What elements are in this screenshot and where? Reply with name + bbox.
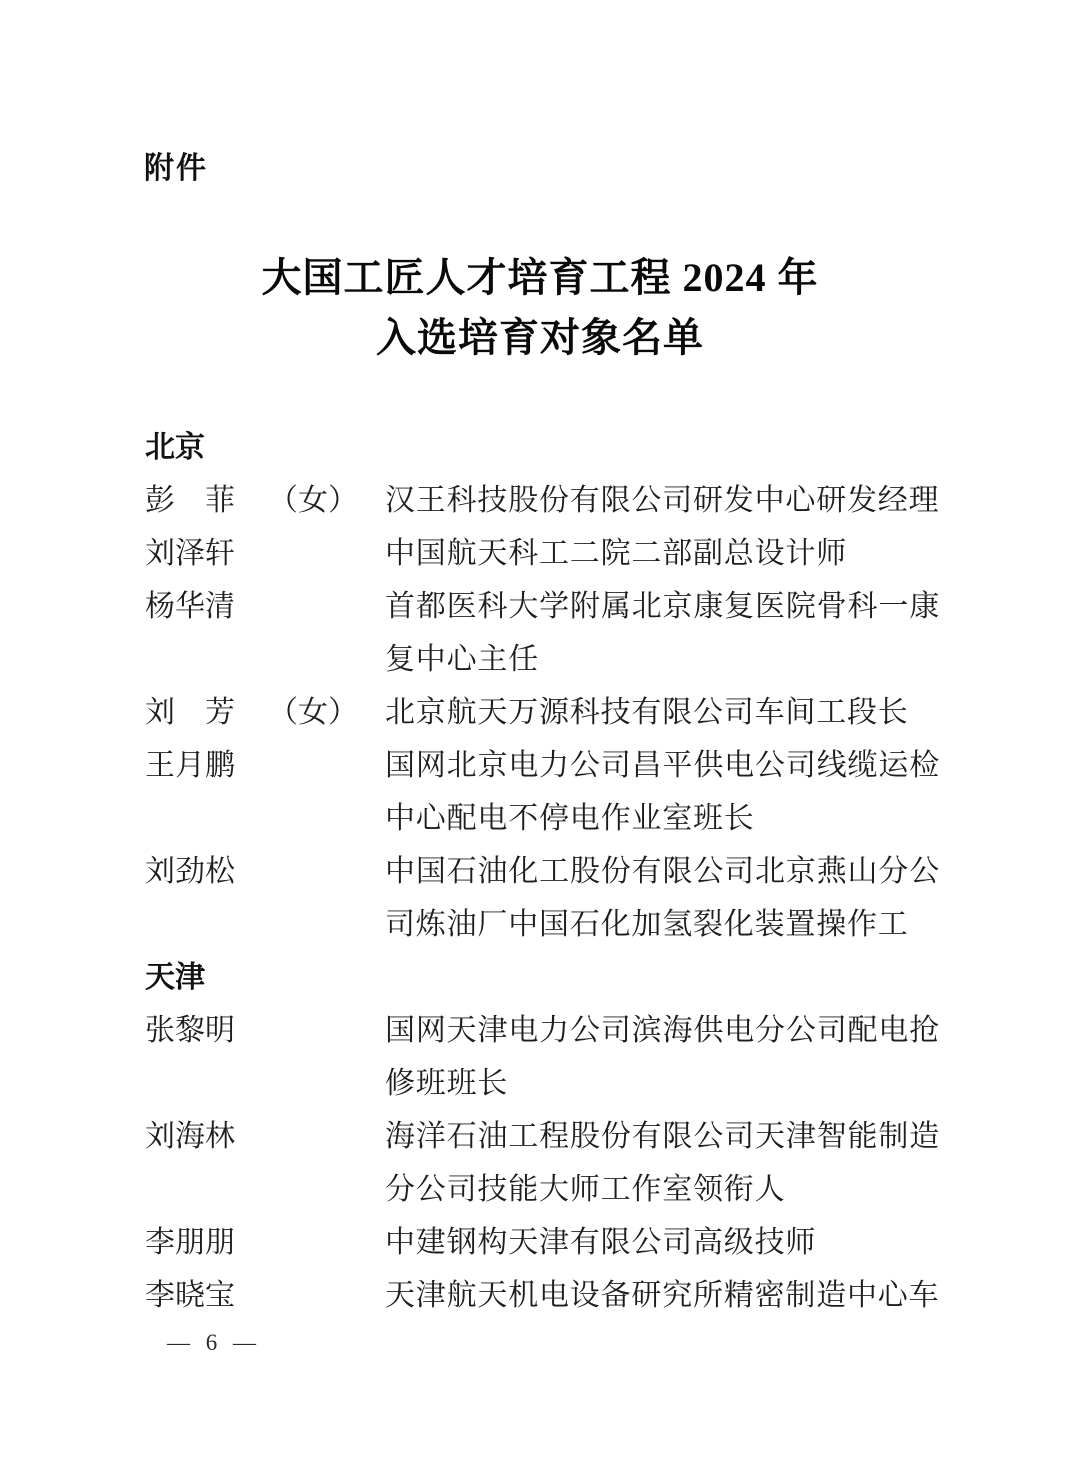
section-header-tianjin: 天津 bbox=[145, 951, 941, 1004]
person-name: 刘海林 bbox=[145, 1110, 268, 1163]
attachment-label: 附件 bbox=[144, 143, 208, 187]
person-title: 天津航天机电设备研究所精密制造中心车 bbox=[385, 1269, 940, 1322]
person-name: 彭 菲 bbox=[145, 474, 268, 527]
document-title-line1: 大国工匠人才培育工程 2024 年 bbox=[0, 248, 1080, 308]
person-title: 汉王科技股份有限公司研发中心研发经理 bbox=[385, 474, 940, 527]
person-title: 国网北京电力公司昌平供电公司线缆运检中心配电不停电作业室班长 bbox=[385, 739, 940, 845]
list-item: 杨华清 首都医科大学附属北京康复医院骨科一康复中心主任 bbox=[145, 580, 941, 686]
person-name: 王月鹏 bbox=[145, 739, 268, 792]
person-name: 刘 芳 bbox=[145, 686, 268, 739]
person-title: 海洋石油工程股份有限公司天津智能制造分公司技能大师工作室领衔人 bbox=[385, 1110, 940, 1216]
list-item: 刘海林 海洋石油工程股份有限公司天津智能制造分公司技能大师工作室领衔人 bbox=[145, 1110, 941, 1216]
person-name: 李朋朋 bbox=[145, 1216, 268, 1269]
person-name: 杨华清 bbox=[145, 580, 268, 633]
person-title: 中国航天科工二院二部副总设计师 bbox=[385, 527, 940, 580]
person-title: 北京航天万源科技有限公司车间工段长 bbox=[385, 686, 940, 739]
gender-note: （女） bbox=[268, 474, 385, 527]
list-item: 王月鹏 国网北京电力公司昌平供电公司线缆运检中心配电不停电作业室班长 bbox=[145, 739, 941, 845]
person-name: 刘劲松 bbox=[145, 845, 268, 898]
list-item: 彭 菲 （女） 汉王科技股份有限公司研发中心研发经理 bbox=[145, 474, 941, 527]
page-number-footer: — 6 — bbox=[167, 1330, 256, 1356]
list-item: 刘 芳 （女） 北京航天万源科技有限公司车间工段长 bbox=[145, 686, 941, 739]
section-header-beijing: 北京 bbox=[145, 421, 941, 474]
list-item: 张黎明 国网天津电力公司滨海供电分公司配电抢修班班长 bbox=[145, 1004, 941, 1110]
list-item: 刘劲松 中国石油化工股份有限公司北京燕山分公司炼油厂中国石化加氢裂化装置操作工 bbox=[145, 845, 941, 951]
list-item: 刘泽轩 中国航天科工二院二部副总设计师 bbox=[145, 527, 941, 580]
person-name: 刘泽轩 bbox=[145, 527, 268, 580]
person-title: 中建钢构天津有限公司高级技师 bbox=[385, 1216, 940, 1269]
person-name: 张黎明 bbox=[145, 1004, 268, 1057]
recipient-list: 北京 彭 菲 （女） 汉王科技股份有限公司研发中心研发经理 刘泽轩 中国航天科工… bbox=[145, 421, 941, 1322]
person-title: 中国石油化工股份有限公司北京燕山分公司炼油厂中国石化加氢裂化装置操作工 bbox=[385, 845, 940, 951]
person-name: 李晓宝 bbox=[145, 1269, 268, 1322]
document-title: 大国工匠人才培育工程 2024 年 入选培育对象名单 bbox=[0, 248, 1080, 368]
document-title-line2: 入选培育对象名单 bbox=[0, 308, 1080, 368]
list-item: 李晓宝 天津航天机电设备研究所精密制造中心车 bbox=[145, 1269, 941, 1322]
person-title: 首都医科大学附属北京康复医院骨科一康复中心主任 bbox=[385, 580, 940, 686]
person-title: 国网天津电力公司滨海供电分公司配电抢修班班长 bbox=[385, 1004, 940, 1110]
list-item: 李朋朋 中建钢构天津有限公司高级技师 bbox=[145, 1216, 941, 1269]
document-page: { "page": { "attachment_label": "附件", "t… bbox=[0, 0, 1080, 1475]
gender-note: （女） bbox=[268, 686, 385, 739]
